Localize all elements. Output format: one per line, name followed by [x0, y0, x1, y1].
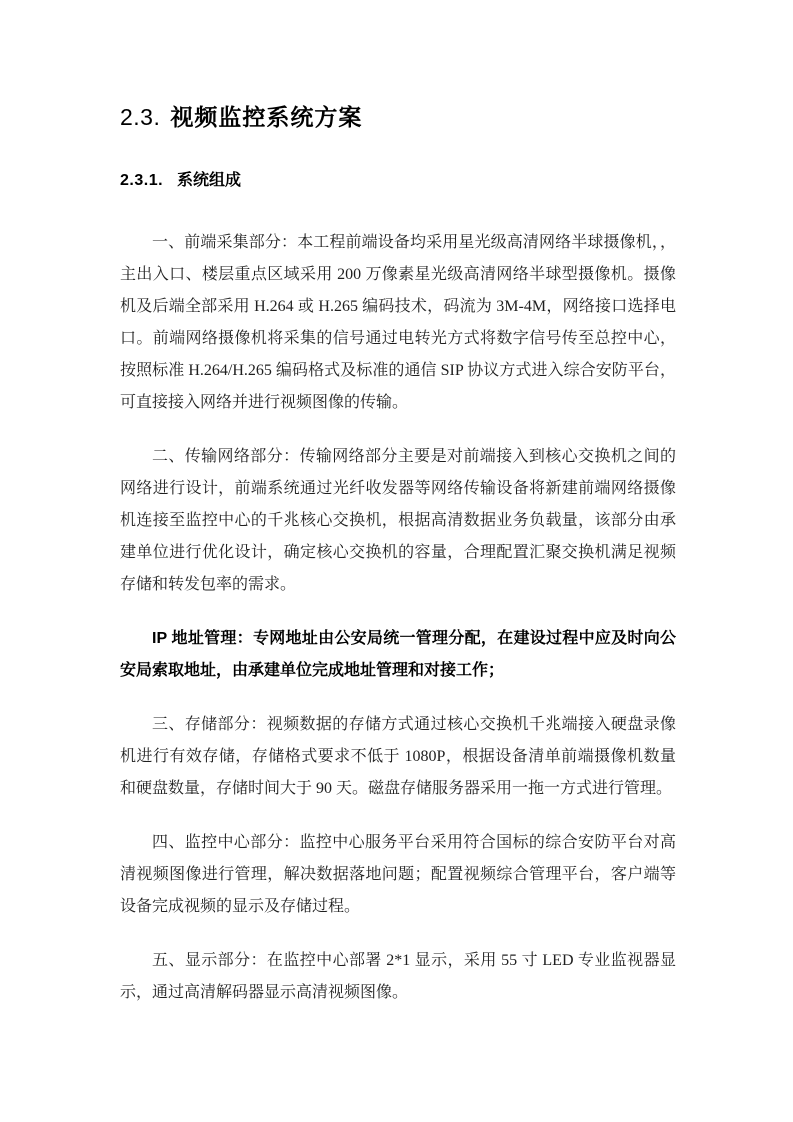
paragraph-ip-address-management: IP 地址管理：专网地址由公安局统一管理分配，在建设过程中应及时向公安局索取地址…: [120, 623, 676, 687]
paragraph-front-end-collection: 一、前端采集部分：本工程前端设备均采用星光级高清网络半球摄像机，，主出入口、楼层…: [120, 227, 676, 419]
paragraph-display: 五、显示部分：在监控中心部署 2*1 显示，采用 55 寸 LED 专业监视器显…: [120, 945, 676, 1009]
subsection-heading-number: 2.3.1.: [120, 172, 163, 189]
section-heading: 2.3.视频监控系统方案: [120, 103, 676, 131]
document-body: 一、前端采集部分：本工程前端设备均采用星光级高清网络半球摄像机，，主出入口、楼层…: [120, 227, 676, 1009]
subsection-heading: 2.3.1.系统组成: [120, 171, 676, 191]
paragraph-storage: 三、存储部分：视频数据的存储方式通过核心交换机千兆端接入硬盘录像机进行有效存储，…: [120, 709, 676, 805]
section-heading-title: 视频监控系统方案: [170, 104, 362, 130]
paragraph-transmission-network: 二、传输网络部分：传输网络部分主要是对前端接入到核心交换机之间的网络进行设计，前…: [120, 441, 676, 601]
paragraph-monitoring-center: 四、监控中心部分：监控中心服务平台采用符合国标的综合安防平台对高清视频图像进行管…: [120, 827, 676, 923]
document-page: 2.3.视频监控系统方案 2.3.1.系统组成 一、前端采集部分：本工程前端设备…: [0, 0, 793, 1122]
section-heading-number: 2.3.: [120, 104, 160, 130]
subsection-heading-title: 系统组成: [177, 172, 241, 189]
